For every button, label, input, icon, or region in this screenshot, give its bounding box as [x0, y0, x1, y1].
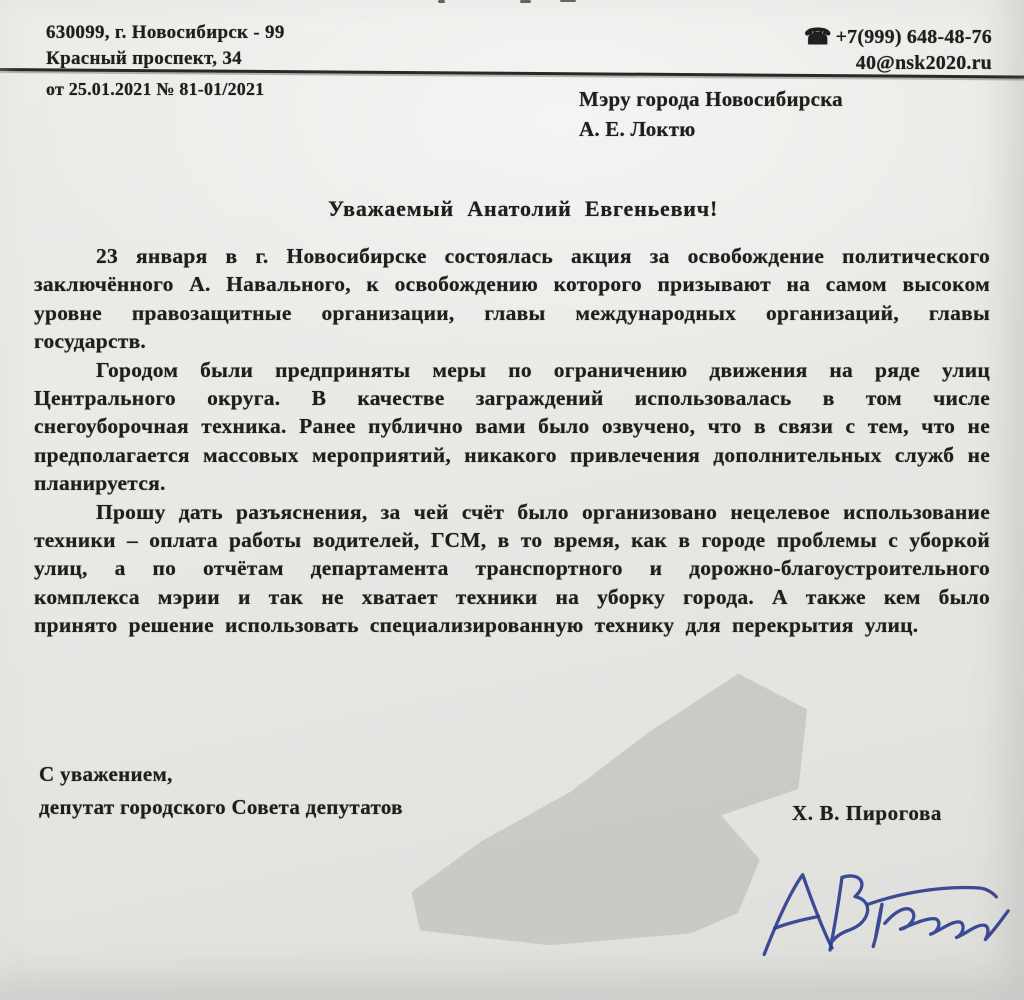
closing-position: депутат городского Совета депутатов	[39, 791, 403, 824]
email-address: 40@nsk2020.ru	[804, 50, 992, 76]
body-paragraph-3: Прошу дать разъяснения, за чей счёт было…	[34, 498, 990, 640]
closing-block: С уважением, депутат городского Совета д…	[39, 758, 403, 824]
letter-page: 630099, г. Новосибирск - 99 Красный прос…	[0, 0, 1024, 1000]
scan-artifact	[438, 0, 445, 3]
handwritten-signature	[744, 841, 1016, 966]
reference-number: от 25.01.2021 № 81-01/2021	[46, 79, 264, 100]
sender-postal-line: 630099, г. Новосибирск - 99	[46, 20, 285, 46]
salutation: Уважаемый Анатолий Евгеньевич!	[328, 196, 718, 222]
letter-body: 23 января в г. Новосибирске состоялась а…	[34, 242, 990, 640]
scan-artifact	[560, 0, 576, 2]
recipient-name: А. Е. Локтю	[579, 114, 843, 144]
recipient-block: Мэру города Новосибирска А. Е. Локтю	[579, 84, 843, 144]
phone-number: +7(999) 648-48-76	[836, 24, 992, 50]
signer-name: Х. В. Пирогова	[792, 801, 942, 826]
phone-icon: ☎	[804, 27, 832, 47]
recipient-title: Мэру города Новосибирска	[579, 84, 843, 114]
sender-contact-block: ☎ +7(999) 648-48-76 40@nsk2020.ru	[804, 24, 992, 76]
phone-row: ☎ +7(999) 648-48-76	[804, 24, 992, 50]
sender-address-block: 630099, г. Новосибирск - 99 Красный прос…	[46, 20, 285, 72]
closing-regards: С уважением,	[39, 758, 403, 791]
scan-artifact	[520, 0, 531, 3]
body-paragraph-2: Городом были предприняты меры по огранич…	[34, 356, 990, 498]
body-paragraph-1: 23 января в г. Новосибирске состоялась а…	[34, 242, 990, 356]
